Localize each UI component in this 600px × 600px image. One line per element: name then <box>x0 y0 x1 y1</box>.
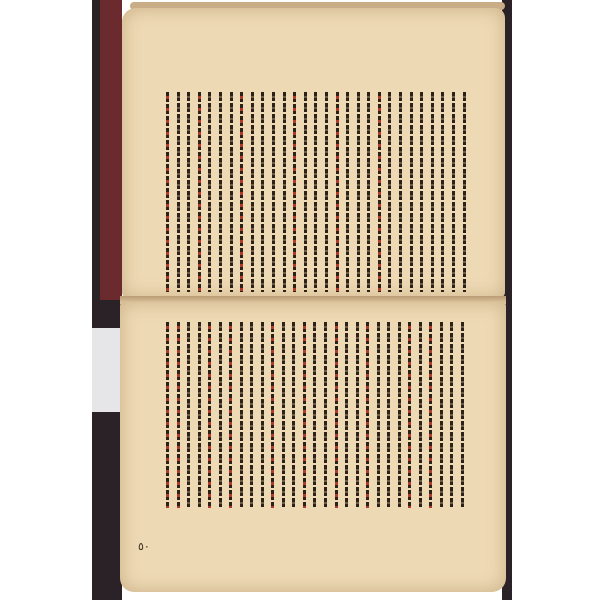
text-line <box>304 92 307 292</box>
text-line <box>367 92 370 292</box>
text-line <box>377 322 380 508</box>
page-top <box>122 8 505 298</box>
text-line <box>208 322 211 508</box>
folio-number: ٥٠ <box>138 540 150 553</box>
page-bottom <box>120 302 506 592</box>
text-line <box>336 92 339 292</box>
text-line <box>219 322 222 508</box>
text-line <box>282 322 285 508</box>
text-line <box>240 92 243 292</box>
text-line <box>441 92 444 292</box>
text-block-bottom <box>166 322 464 508</box>
text-line <box>240 322 243 508</box>
text-line <box>356 322 359 508</box>
text-line <box>440 322 443 508</box>
text-line <box>261 92 264 292</box>
text-line <box>198 322 201 508</box>
text-line <box>399 92 402 292</box>
paper-tab <box>92 328 120 412</box>
text-line <box>324 322 327 508</box>
text-line <box>177 92 180 292</box>
text-line <box>335 322 338 508</box>
text-line <box>314 92 317 292</box>
text-line <box>450 322 453 508</box>
text-line <box>463 92 466 292</box>
text-line <box>313 322 316 508</box>
text-line <box>345 322 348 508</box>
text-line <box>419 322 422 508</box>
text-line <box>303 322 306 508</box>
text-line <box>293 92 296 292</box>
text-line <box>292 322 295 508</box>
binding-cover <box>100 0 122 300</box>
text-line <box>325 92 328 292</box>
text-line <box>461 322 464 508</box>
text-block-top <box>166 92 466 292</box>
text-line <box>408 322 411 508</box>
text-line <box>271 322 274 508</box>
text-line <box>230 92 233 292</box>
text-line <box>219 92 222 292</box>
text-line <box>272 92 275 292</box>
text-line <box>166 92 169 292</box>
text-line <box>208 92 211 292</box>
text-line <box>177 322 180 508</box>
text-line <box>410 92 413 292</box>
text-line <box>398 322 401 508</box>
text-line <box>229 322 232 508</box>
text-line <box>431 92 434 292</box>
manuscript-photo: ٥٠ <box>0 0 600 600</box>
text-line <box>187 92 190 292</box>
text-line <box>346 92 349 292</box>
text-line <box>378 92 381 292</box>
text-line <box>283 92 286 292</box>
text-line <box>251 92 254 292</box>
text-line <box>388 92 391 292</box>
text-line <box>387 322 390 508</box>
text-line <box>420 92 423 292</box>
text-line <box>452 92 455 292</box>
text-line <box>366 322 369 508</box>
text-line <box>357 92 360 292</box>
text-line <box>261 322 264 508</box>
text-line <box>166 322 169 508</box>
text-line <box>250 322 253 508</box>
text-line <box>429 322 432 508</box>
text-line <box>198 92 201 292</box>
text-line <box>187 322 190 508</box>
